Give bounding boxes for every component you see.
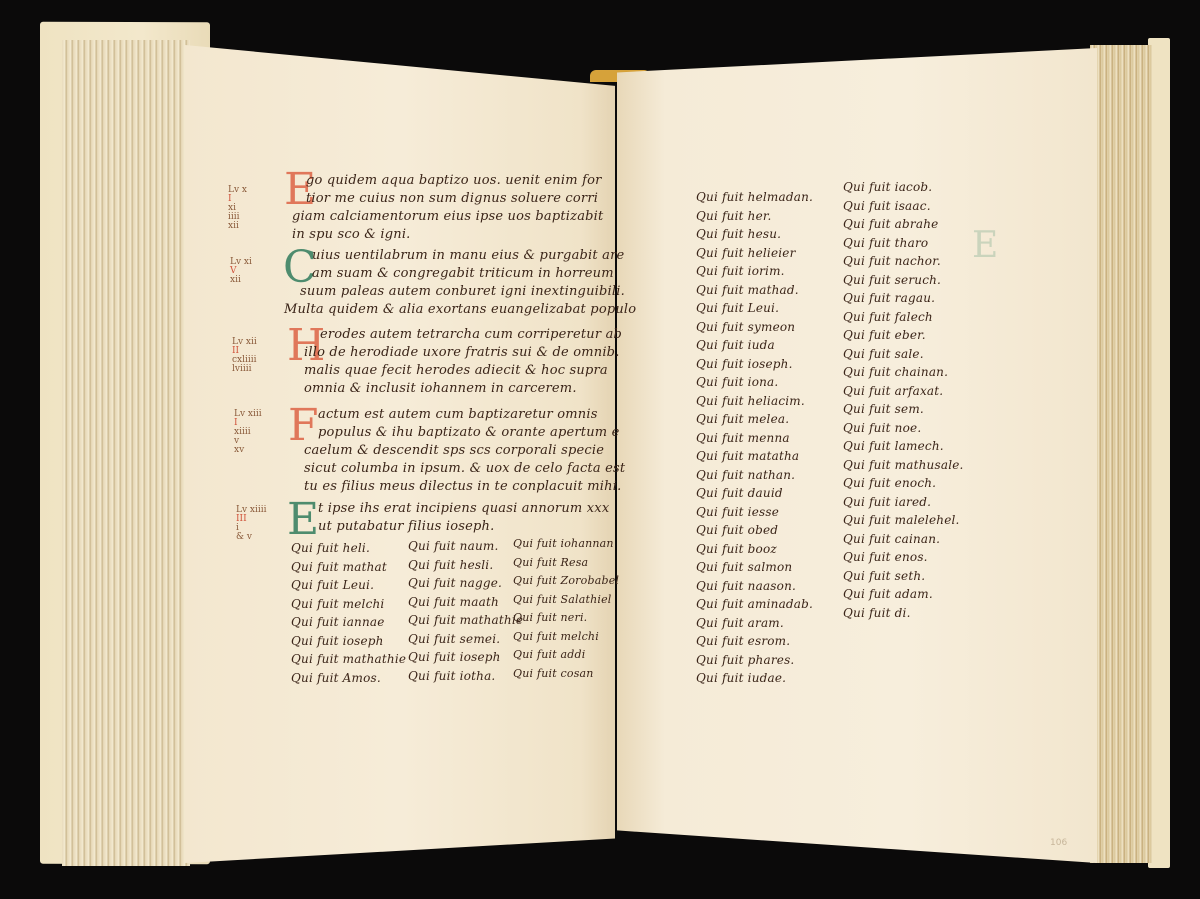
- paragraph-5: t ipse ihs erat incipiens quasi annorum …: [318, 500, 609, 536]
- right-genealogy-column-2: Qui fuit iacob.Qui fuit isaac.Qui fuit a…: [843, 178, 964, 622]
- left-genealogy-column-3: Qui fuit iohannanQui fuit ResaQui fuit Z…: [513, 535, 619, 683]
- margin-note-3: Lv xiiIIcxliiiilviiii: [232, 320, 257, 383]
- paragraph-4: actum est autem cum baptizaretur omnis p…: [318, 406, 625, 496]
- paragraph-2: uius uentilabrum in manu eius & purgabit…: [312, 247, 636, 319]
- margin-note-2: Lv xiVxii: [230, 240, 252, 294]
- initial-e-green: E: [287, 498, 319, 542]
- margin-note-4: Lv xiiiIxiiiivxv: [234, 392, 262, 464]
- margin-note-1: Lv xIxiiiiixii: [228, 168, 247, 240]
- margin-note-5: Lv xiiiiIIIi& v: [236, 488, 267, 551]
- paragraph-3: erodes autem tetrarcha cum corriperetur …: [320, 326, 622, 398]
- left-page-stack-edge: [62, 40, 190, 866]
- right-page-stack-edge: [1090, 45, 1152, 863]
- right-genealogy-column-1: Qui fuit helmadan.Qui fuit her.Qui fuit …: [696, 188, 813, 688]
- left-genealogy-column-1: Qui fuit heli.Qui fuit mathatQui fuit Le…: [291, 539, 406, 687]
- paragraph-1: go quidem aqua baptizo uos. uenit enim f…: [306, 172, 603, 244]
- folio-number: 106: [1050, 838, 1067, 848]
- show-through-initial: E: [972, 225, 998, 266]
- left-genealogy-column-2: Qui fuit naum.Qui fuit hesli.Qui fuit na…: [408, 537, 523, 685]
